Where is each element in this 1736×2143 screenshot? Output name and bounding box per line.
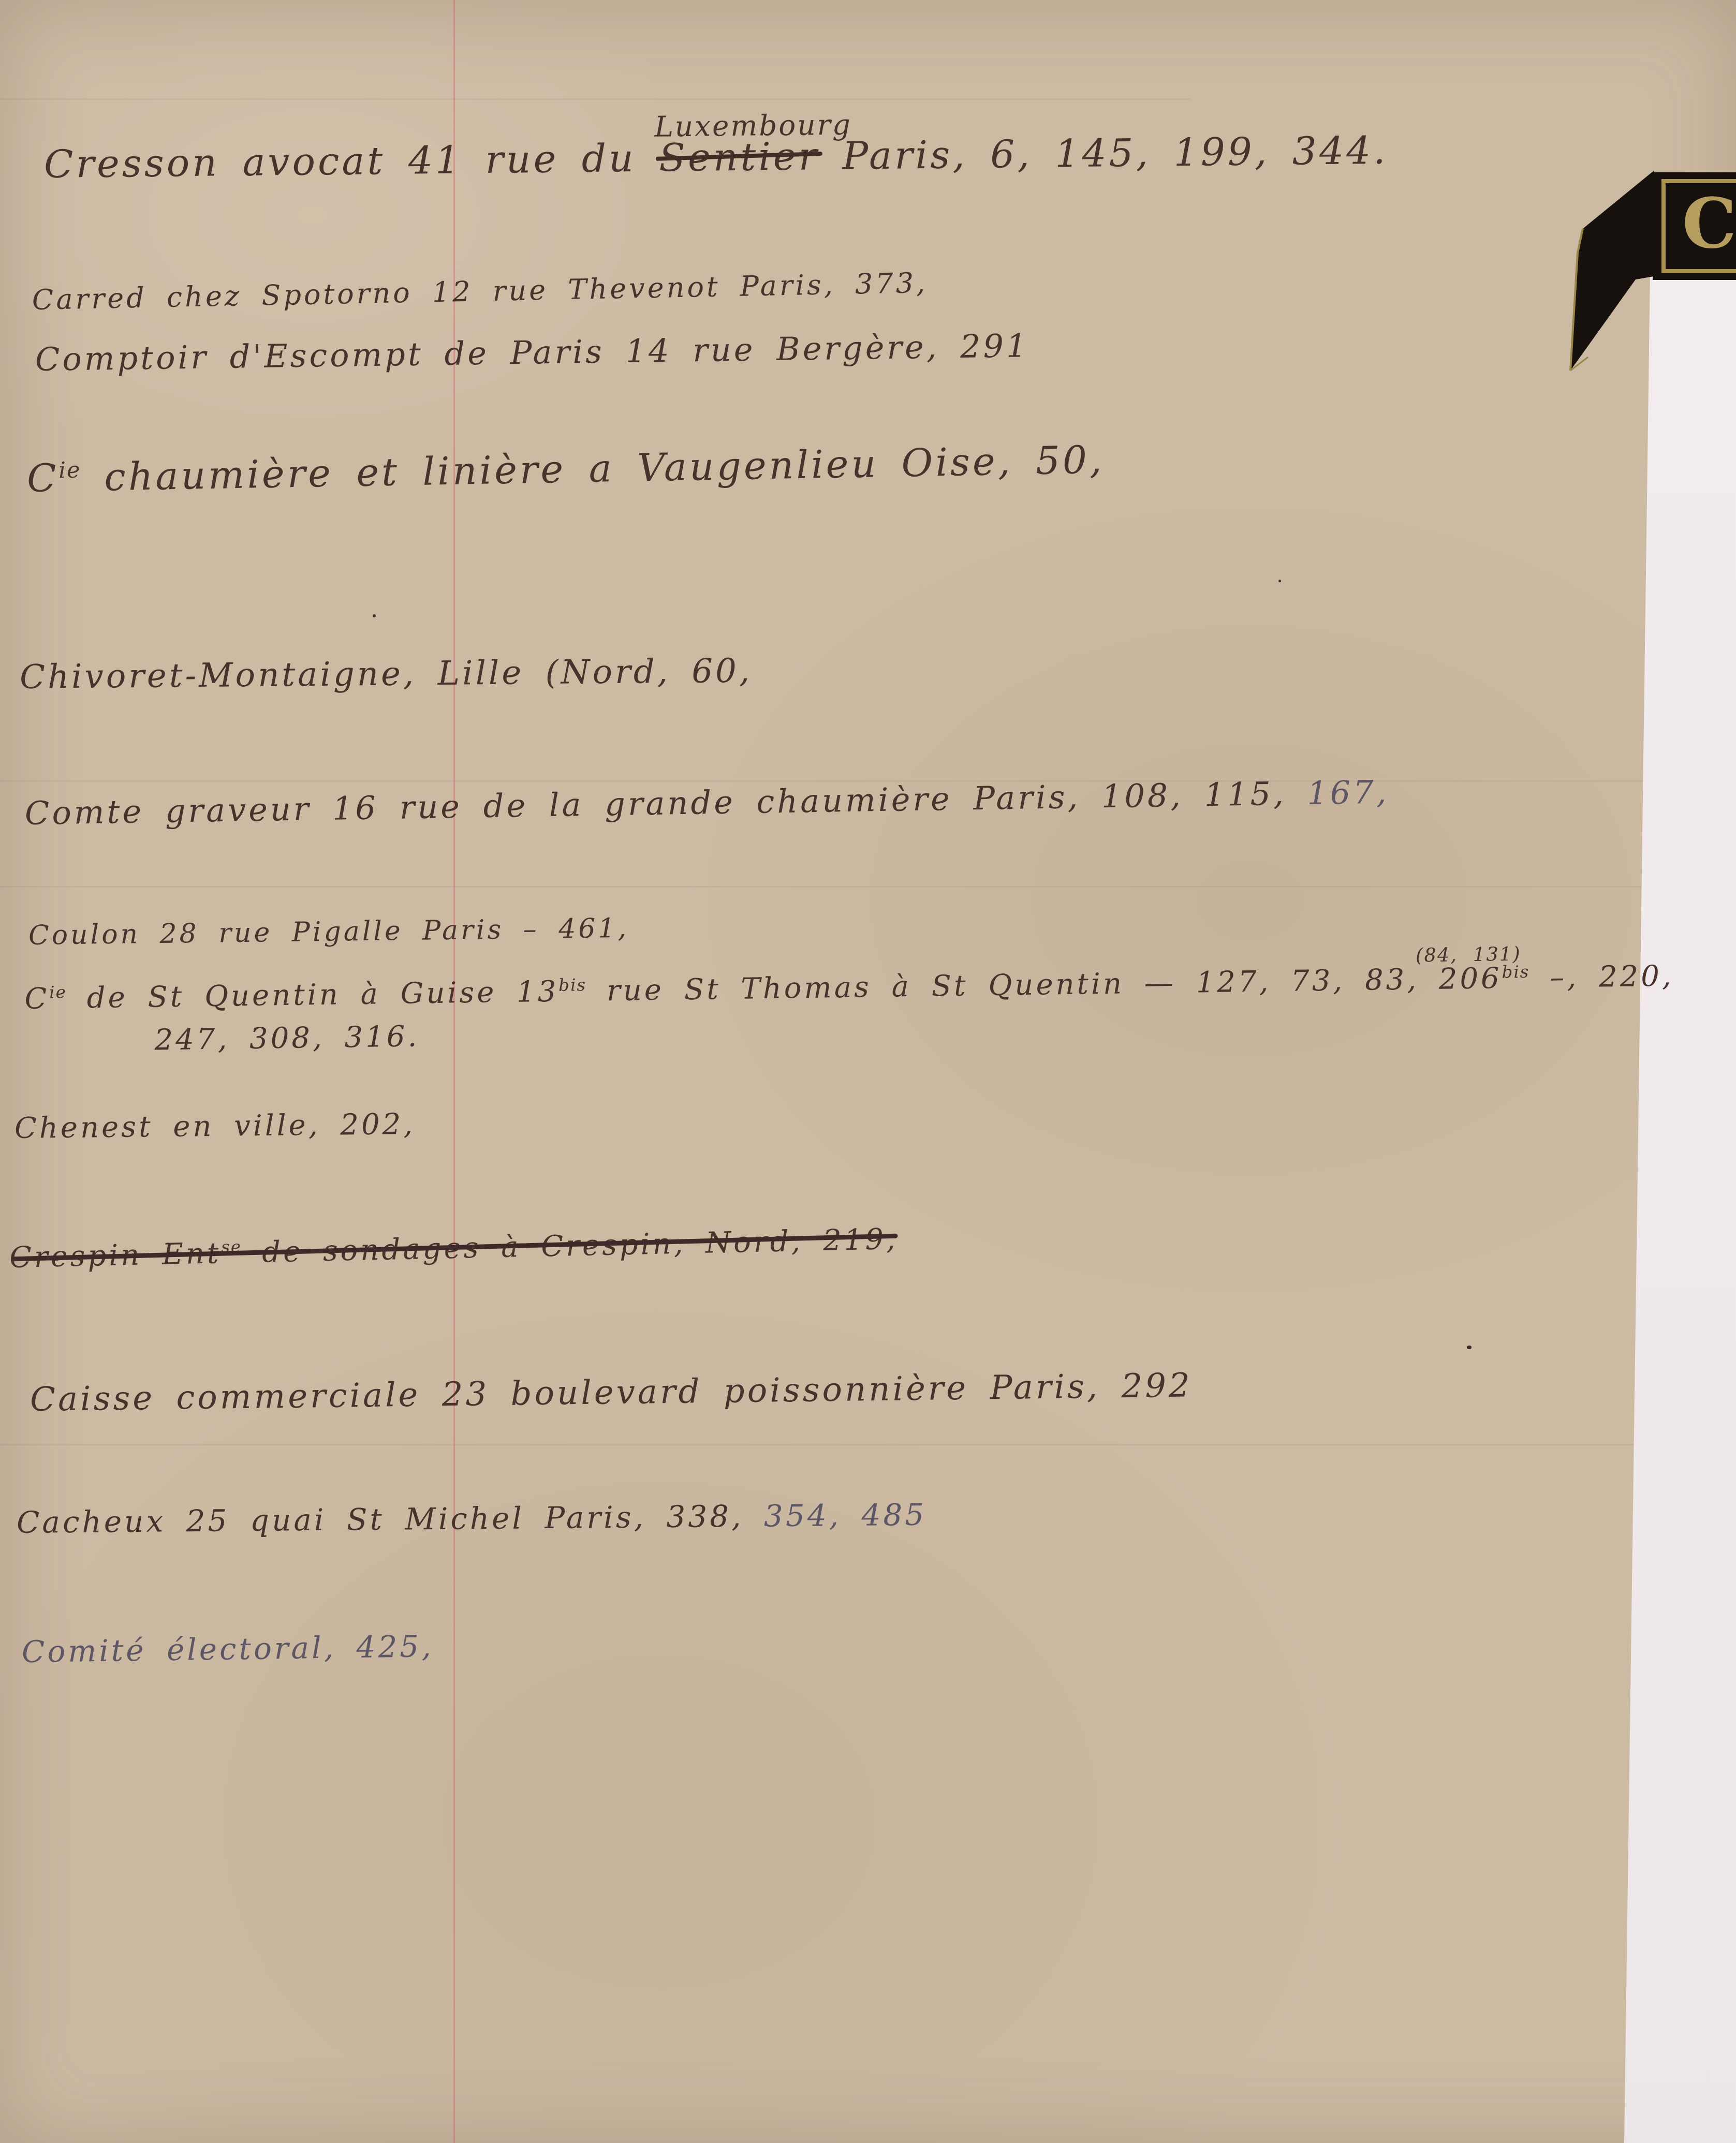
index-tab-c: C [1653, 172, 1736, 280]
inserted-numbers: (84, 131) [1416, 942, 1521, 966]
entry-text: de sondages à Crespin, Nord, 219, [261, 1222, 898, 1269]
entry-caisse-commerciale: Caisse commerciale 23 boulevard poissonn… [30, 1367, 1193, 1419]
entry-chenest: Chenest en ville, 202, [14, 1107, 416, 1145]
entry-text: Carred chez Spotorno 12 rue Thevenot Par… [32, 267, 928, 316]
tab-gold-frame: C [1661, 179, 1736, 273]
superscript: ie [49, 982, 67, 1002]
entry-text: Chivoret-Montaigne, Lille (Nord, 60, [20, 652, 753, 697]
entry-text: 206 [1438, 962, 1502, 996]
superscript: se [221, 1237, 242, 1257]
entry-chivoret: Chivoret-Montaigne, Lille (Nord, 60, [20, 652, 753, 697]
entry-text: Cacheux 25 quai St Michel Paris, 338, [17, 1499, 744, 1540]
entry-text: Coulon 28 rue Pigalle Paris – 461, [28, 913, 629, 951]
ink-speck [1278, 580, 1281, 582]
entry-cacheux: Cacheux 25 quai St Michel Paris, 338, 35… [17, 1497, 927, 1540]
paper-crease [0, 98, 1190, 100]
corrected-word: SentierLuxembourg [659, 134, 820, 180]
tab-letter: C [1666, 190, 1736, 258]
ink-speck [1467, 1346, 1472, 1349]
entry-cresson: Cresson avocat 41 rue du SentierLuxembou… [44, 128, 1389, 187]
entry-text: Comité électoral, 425, [22, 1629, 434, 1669]
entry-text: de St Quentin à Guise 13 [86, 975, 559, 1015]
entry-text: C [26, 456, 59, 501]
entry-cie-st-quentin: Cie de St Quentin à Guise 13bis rue St T… [24, 959, 1674, 1059]
entry-text: Caisse commerciale 23 boulevard poissonn… [30, 1367, 1193, 1419]
entry-coulon: Coulon 28 rue Pigalle Paris – 461, [28, 913, 629, 951]
entry-text: Paris, 6, 145, 199, 344. [842, 128, 1388, 179]
paper-crease [0, 1444, 1646, 1445]
entry-text: Chenest en ville, 202, [14, 1107, 416, 1145]
superscript: ie [58, 457, 81, 484]
entry-text: Comptoir d'Escompt de Paris 14 rue Bergè… [35, 327, 1029, 378]
inserted-word: Luxembourg [654, 108, 852, 143]
entry-comptoir-escompte: Comptoir d'Escompt de Paris 14 rue Bergè… [35, 327, 1029, 378]
ledger-index-page: C Cresson avocat 41 rue du SentierLuxemb… [0, 0, 1736, 2143]
entry-text: Comte graveur 16 rue de la grande chaumi… [24, 775, 1286, 832]
pencil-number: 167, [1307, 773, 1389, 812]
entry-cie-chaumiere: Cie chaumière et linière a Vaugenlieu Oi… [26, 438, 1105, 501]
entry-text: Cresson avocat 41 rue du [44, 136, 637, 187]
entry-text: –, 220, [1550, 959, 1674, 995]
ink-speck [373, 614, 376, 617]
tab-ribbon [1563, 166, 1667, 383]
entry-crespin-struck: Crespin Entse de sondages à Crespin, Nor… [9, 1222, 903, 1275]
entry-carred: Carred chez Spotorno 12 rue Thevenot Par… [32, 267, 928, 316]
entry-text: chaumière et linière a Vaugenlieu Oise, … [104, 438, 1105, 500]
superscript: bis [558, 975, 586, 995]
next-page-edge [1624, 273, 1736, 2143]
entry-comite-electoral: Comité électoral, 425, [22, 1629, 434, 1669]
pencil-numbers: 354, 485 [764, 1497, 927, 1534]
paper-crease [0, 886, 1646, 888]
entry-text: C [24, 982, 50, 1016]
margin-rule-line [453, 0, 455, 2143]
entry-text: Crespin Ent [9, 1236, 222, 1275]
entry-text: rue St Thomas à St Quentin — 127, 73, 83… [607, 963, 1419, 1008]
annotated-number: (84, 131)206bis [1438, 961, 1530, 996]
